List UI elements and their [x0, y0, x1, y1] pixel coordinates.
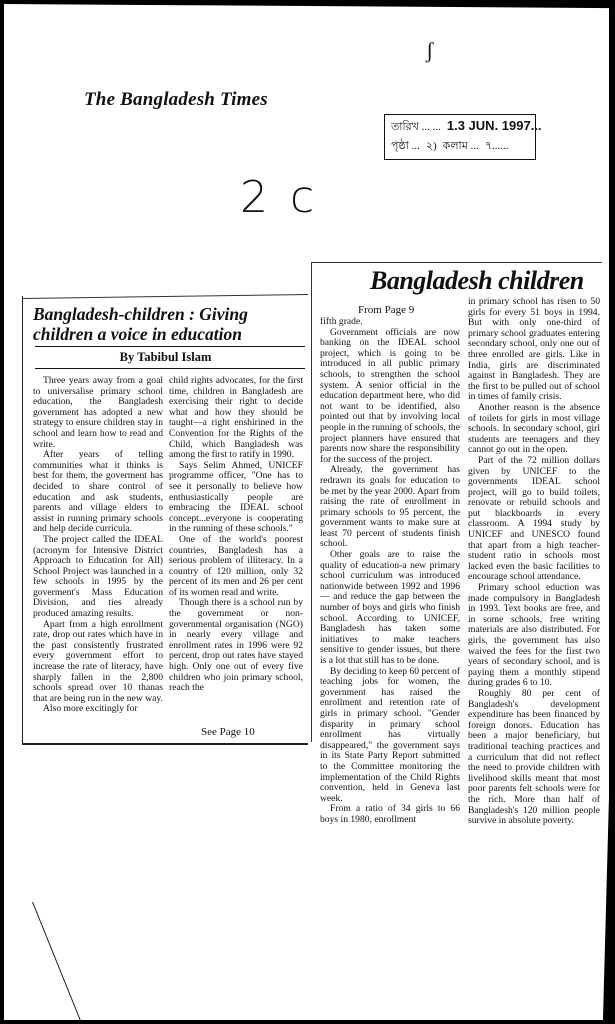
stamp-date-label: তারিখ ... ... — [391, 118, 441, 137]
paragraph: Though there is a school run by the gove… — [169, 598, 303, 693]
paragraph: Other goals are to raise the quality of … — [320, 550, 460, 667]
paragraph: One of the world's poorest countries, Ba… — [169, 535, 303, 599]
newspaper-clipping-page: ʃ The Bangladesh Times তারিখ ... ... 1.3… — [4, 4, 609, 1020]
paragraph: After years of telling communities what … — [33, 450, 163, 535]
right-article-column-1: fifth grade. Government officials are no… — [320, 317, 460, 826]
paragraph: fifth grade. — [320, 317, 460, 328]
paragraph: Apart from a high enrollment rate, drop … — [33, 620, 163, 705]
newspaper-name: The Bangladesh Times — [84, 89, 268, 111]
paragraph: The project called the IDEAL (acronym fo… — [33, 535, 163, 620]
stamp-column-label: কলাম ... — [443, 137, 479, 156]
paragraph: in primary school has risen to 50 girls … — [468, 297, 600, 403]
paragraph: From a ratio of 34 girls to 66 boys in 1… — [320, 804, 460, 825]
article-top-border — [312, 262, 602, 263]
paper-fold-line — [32, 902, 141, 1022]
byline-rule — [35, 368, 305, 369]
paragraph: Another reason is the absence of toilets… — [468, 403, 600, 456]
right-article: Bangladesh children From Page 9 fifth gr… — [312, 262, 602, 882]
paragraph: Part of the 72 million dollars given by … — [468, 456, 600, 583]
byline: By Tabibul Islam — [23, 350, 308, 365]
stamp-column-value: ৭...... — [485, 137, 509, 156]
paragraph: Also more excitingly for — [33, 704, 163, 715]
from-page-label: From Page 9 — [358, 304, 414, 316]
date-stamp: তারিখ ... ... 1.3 JUN. 1997... পৃষ্ঠা ..… — [384, 114, 536, 160]
paragraph: Primary school eduction was made compuls… — [468, 583, 600, 689]
right-article-column-2: in primary school has risen to 50 girls … — [468, 297, 600, 827]
left-article-column-2: child rights advocates, for the first ti… — [169, 376, 303, 694]
headline-rule — [35, 346, 305, 347]
paragraph: Three years away from a goal to universa… — [33, 376, 163, 450]
stamp-date-value: 1.3 JUN. 1997... — [447, 118, 542, 133]
article-top-border — [23, 294, 308, 299]
stamp-page-value: ২) — [426, 137, 437, 156]
paragraph: Says Selim Ahmed, UNICEF programme offic… — [169, 461, 303, 535]
article-left-border — [311, 262, 312, 742]
stamp-page-label: পৃষ্ঠা ... — [391, 137, 420, 156]
paragraph: child rights advocates, for the first ti… — [169, 376, 303, 461]
handwritten-mark: 2 c — [240, 172, 318, 223]
paragraph: By deciding to keep 60 percent of teachi… — [320, 667, 460, 805]
continued-label: See Page 10 — [201, 726, 255, 738]
left-article-column-1: Three years away from a goal to universa… — [33, 376, 163, 715]
left-article: Bangladesh-children : Giving children a … — [22, 296, 308, 745]
paragraph: Government officials are now banking on … — [320, 328, 460, 466]
handwritten-top-mark: ʃ — [426, 38, 433, 64]
paragraph: Already, the government has redrawn its … — [320, 465, 460, 550]
paragraph: Roughly 80 per cent of Bangladesh's deve… — [468, 689, 600, 827]
right-article-headline: Bangladesh children — [370, 266, 584, 296]
left-article-headline: Bangladesh-children : Giving children a … — [33, 304, 308, 344]
